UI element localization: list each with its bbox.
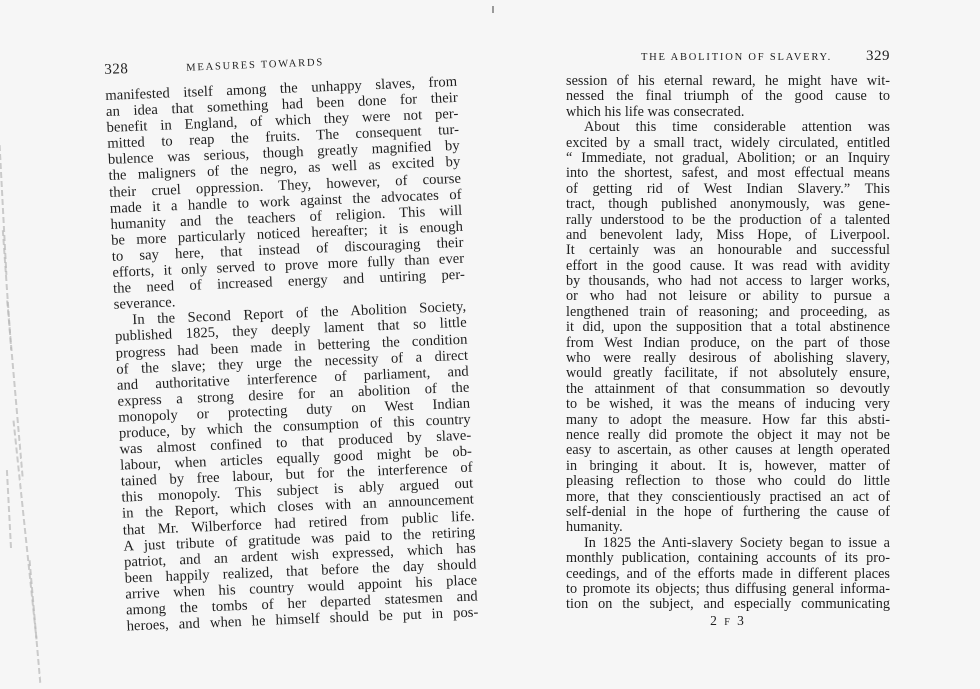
text-line: ceedings, and of the efforts made in dif… (566, 567, 890, 582)
text-line: effort in the good cause. It was read wi… (566, 259, 890, 274)
text-line: to promote its objects; thus diffusing g… (566, 582, 890, 597)
text-line: tion on the subject, and especially comm… (566, 597, 890, 612)
text-line: session of his eternal reward, he might … (566, 74, 890, 89)
text-line: lengthened train of reasoning; and proce… (566, 305, 890, 320)
text-line: nessed the final triumph of the good cau… (566, 89, 890, 104)
text-line: by thousands, who had not access to larg… (566, 274, 890, 289)
page-number: 328 (104, 61, 129, 79)
paragraph-start-line: About this time considerable attention w… (566, 120, 890, 135)
signature-left: 2 (710, 613, 719, 628)
signature-middle: F (724, 617, 732, 628)
right-running-head: THE ABOLITION OF SLAVERY. 329 (566, 48, 890, 70)
text-line: excited by a small tract, widely circula… (566, 136, 890, 151)
text-line: humanity. (566, 520, 890, 535)
page-edge-artifact (6, 470, 12, 550)
printer-signature-mark: 2 F 3 (566, 613, 890, 629)
running-head-title: THE ABOLITION OF SLAVERY. (641, 52, 832, 63)
running-head-title: MEASURES TOWARDS (186, 57, 324, 74)
left-page: 328 MEASURES TOWARDS manifested itself a… (104, 48, 479, 635)
text-line: “ Immediate, not gradual, Abolition; or … (566, 151, 890, 166)
text-line: would greatly facilitate, if not absolut… (566, 366, 890, 381)
text-line: the attainment of that consummation so d… (566, 382, 890, 397)
page-edge-artifact (29, 560, 42, 685)
text-line: tract, though published anonymously, was… (566, 197, 890, 212)
text-line: It certainly was an honourable and succe… (566, 243, 890, 258)
text-line: monthly publication, containing accounts… (566, 551, 890, 566)
left-body-text: manifested itself among the unhappy slav… (105, 74, 479, 635)
text-line: and benevolent lady, Miss Hope, of Liver… (566, 228, 890, 243)
text-line: pleasing reflection to those who could d… (566, 474, 890, 489)
text-line: many to adopt the measure. How far this … (566, 413, 890, 428)
text-line: easy to ascertain, as other causes at le… (566, 443, 890, 458)
right-body-text: session of his eternal reward, he might … (566, 74, 890, 613)
gutter-mark (492, 6, 494, 13)
text-line: to be wished, it was the means of induci… (566, 397, 890, 412)
signature-right: 3 (737, 613, 746, 628)
text-line: from West Indian produce, on the part of… (566, 336, 890, 351)
text-line: in bringing it about. It is, however, ma… (566, 459, 890, 474)
text-line: nence really did promote the object it m… (566, 428, 890, 443)
text-line: of getting rid of West Indian Slavery.” … (566, 182, 890, 197)
text-line: which his life was consecrated. (566, 105, 890, 120)
book-spread: 328 MEASURES TOWARDS manifested itself a… (0, 0, 980, 689)
text-line: into the shortest, safest, and most effe… (566, 166, 890, 181)
text-line: self-denial in the hope of furthering th… (566, 505, 890, 520)
paragraph-start-line: In 1825 the Anti-slavery Society began t… (566, 536, 890, 551)
text-line: it did, upon the supposition that a tota… (566, 320, 890, 335)
text-line: rally understood to be the production of… (566, 213, 890, 228)
text-line: who were really desirous of abolishing s… (566, 351, 890, 366)
page-number: 329 (866, 48, 890, 65)
text-line: or who had not leisure or ability to pur… (566, 289, 890, 304)
right-page: THE ABOLITION OF SLAVERY. 329 session of… (566, 48, 890, 629)
text-line: more, that they conscientiously practise… (566, 490, 890, 505)
